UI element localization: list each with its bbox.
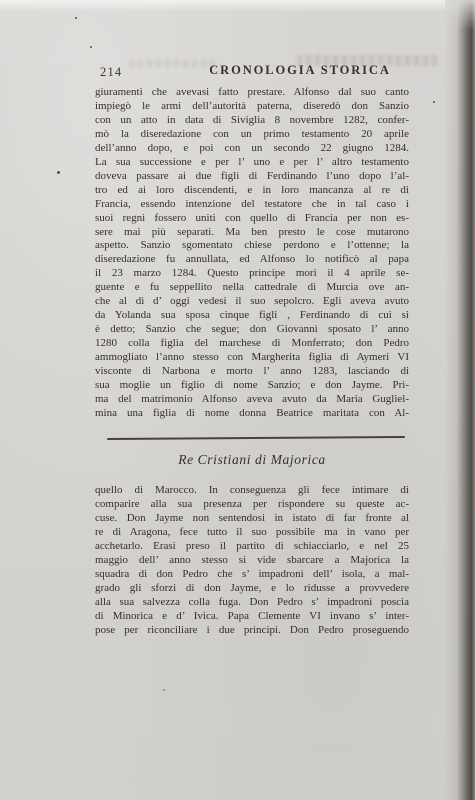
text-line: ammogliato l’anno stesso con Margherita … xyxy=(95,351,409,365)
paper-speck xyxy=(163,689,165,691)
paper-speck xyxy=(90,46,92,48)
running-header: 214 CRONOLOGIA STORICA xyxy=(0,63,475,81)
text-line: comparire alla sua presenza per risponde… xyxy=(95,498,409,512)
text-line: mò la diseredazione con un primo testame… xyxy=(95,128,409,142)
text-line: pose per riconciliare i due principi. Do… xyxy=(95,624,409,638)
text-line: giuramenti che avevasi fatto prestare. A… xyxy=(95,86,409,100)
text-line: ma del matrimonio Alfonso aveva avuto da… xyxy=(95,393,409,407)
paragraph-2: quello di Marocco. In conseguenza gli fe… xyxy=(95,484,409,637)
paper-speck xyxy=(75,17,77,19)
book-page-scan: 214 CRONOLOGIA STORICA giuramenti che av… xyxy=(0,0,475,800)
text-line: doveva passare ai due figli di Ferdinand… xyxy=(95,170,409,184)
text-line: acchetarlo. Erasi preso il partito di sc… xyxy=(95,540,409,554)
text-line: visconte di Narbona e morto l’ anno 1283… xyxy=(95,365,409,379)
text-line: mina una figlia di nome donna Beatrice m… xyxy=(95,407,409,421)
text-line: con un atto in data di Siviglia 8 novemb… xyxy=(95,114,409,128)
text-line: grado gli sforzi di don Jayme, e lo ridu… xyxy=(95,582,409,596)
text-line: quello di Marocco. In conseguenza gli fe… xyxy=(95,484,409,498)
page-edge-shadow-fade xyxy=(445,0,475,30)
text-line: re di Aragona, fece tutto il suo possibi… xyxy=(95,526,409,540)
page-top-light-edge xyxy=(0,0,475,12)
text-line: squadra di don Pedro che s’ impadronì de… xyxy=(95,568,409,582)
paper-speck xyxy=(57,171,60,174)
text-line: di Minorica e d’ Ivica. Papa Clemente VI… xyxy=(95,610,409,624)
text-line: aspetto. Sanzio sgomentato chiese perdon… xyxy=(95,239,409,253)
paragraph-1: giuramenti che avevasi fatto prestare. A… xyxy=(95,86,409,421)
text-line: La sua successione e per l’ uno e per l’… xyxy=(95,156,409,170)
text-line: 1280 colla figlia del marchese di Monfer… xyxy=(95,337,409,351)
text-line: impiegò le armi dell’autorità paterna, d… xyxy=(95,100,409,114)
text-line: tro ed ai loro discendenti, e in loro ma… xyxy=(95,184,409,198)
text-line: il 23 marzo 1284. Questo principe morì i… xyxy=(95,267,409,281)
running-title: CRONOLOGIA STORICA xyxy=(209,63,391,78)
text-line: diseredazione fu annullata, ed Alfonso l… xyxy=(95,253,409,267)
page-number: 214 xyxy=(100,65,122,80)
text-line: che al dì d’ oggi vedesi il suo sepolcro… xyxy=(95,295,409,309)
text-line: da Yolanda sua sposa cinque figli , Ferd… xyxy=(95,309,409,323)
text-line: suoi regni fossero uniti con quello di F… xyxy=(95,212,409,226)
text-line: dell’anno dopo, e poi con un secondo 22 … xyxy=(95,142,409,156)
paper-speck xyxy=(433,101,435,103)
page-edge-shadow xyxy=(445,0,475,800)
text-line: Francia, essendo intenzione del testator… xyxy=(95,198,409,212)
text-line: è detto; Sanzio che segue; don Giovanni … xyxy=(95,323,409,337)
text-line: guente e fu seppellito nella cattedrale … xyxy=(95,281,409,295)
text-line: maggio dell’ anno stesso si vide sbarcar… xyxy=(95,554,409,568)
text-line: alla sua salvezza colla fuga. Don Pedro … xyxy=(95,596,409,610)
section-divider-rule xyxy=(107,436,405,440)
text-line: sere mai più separati. Ma ben presto le … xyxy=(95,226,409,240)
section-heading: Re Cristiani di Majorica xyxy=(95,452,409,468)
text-line: sua moglie un figlio di nome Sanzio; e d… xyxy=(95,379,409,393)
text-line: cuse. Don Jayme non sentendosi in istato… xyxy=(95,512,409,526)
